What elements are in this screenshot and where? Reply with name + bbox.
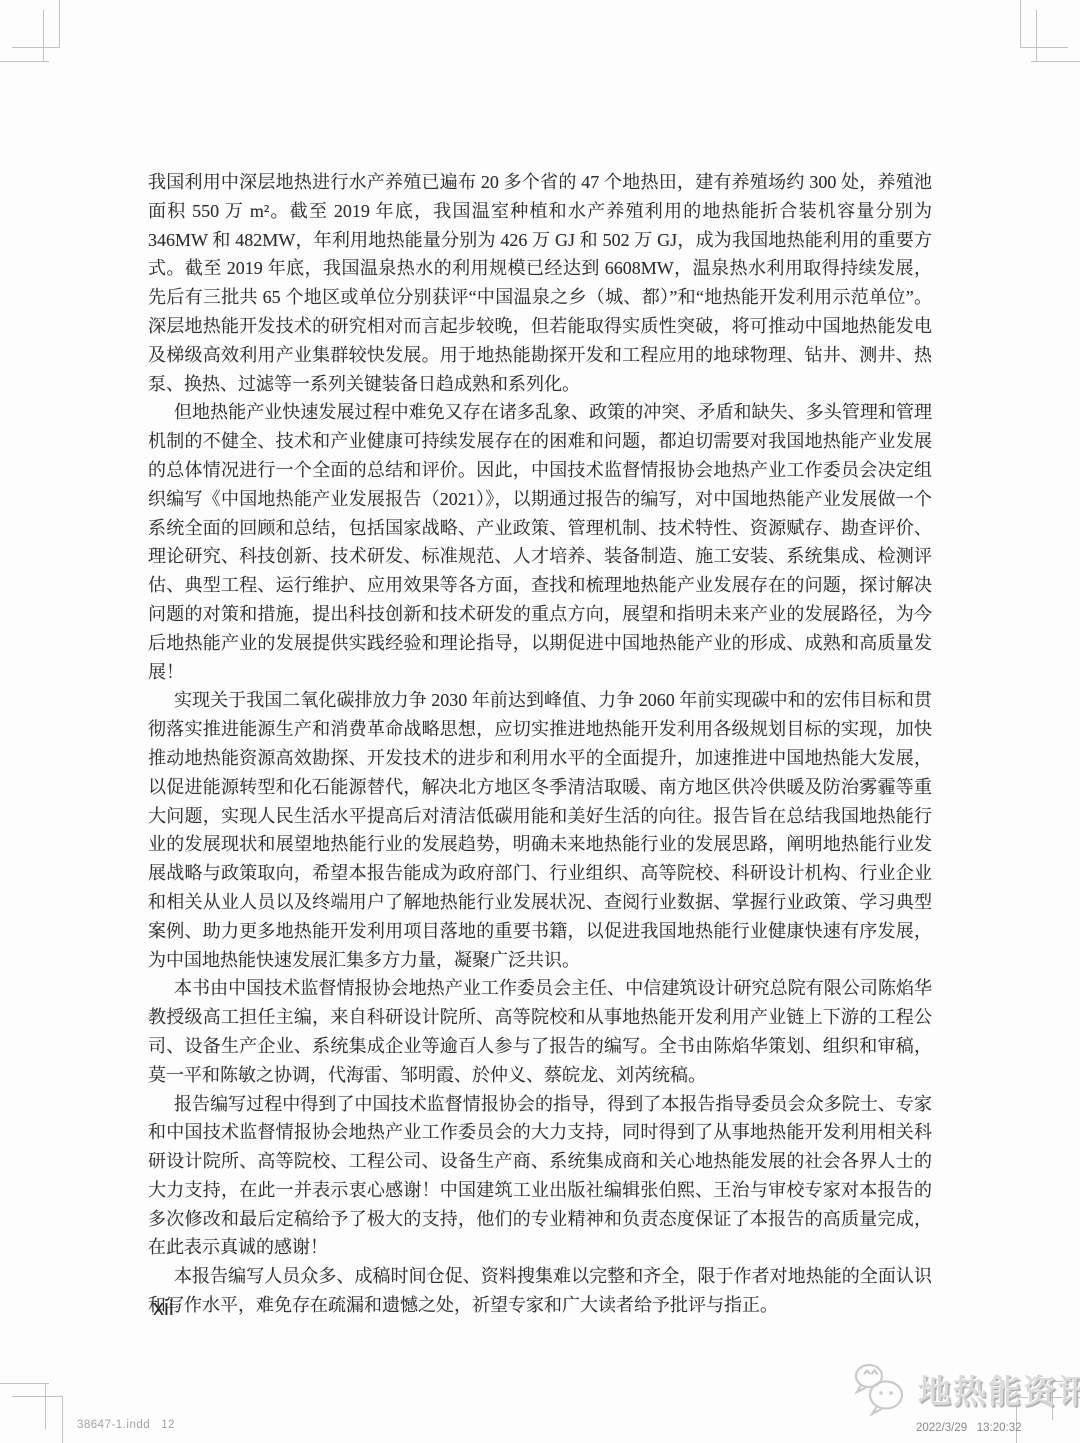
crop-mark <box>0 1383 49 1384</box>
crop-mark <box>1020 0 1021 48</box>
crop-mark <box>1020 47 1068 48</box>
chat-bubbles-icon <box>852 1362 910 1416</box>
crop-mark <box>12 47 60 48</box>
crop-mark <box>45 1383 46 1430</box>
wechat-watermark: 地热能资讯 <box>852 1362 1080 1416</box>
crop-mark <box>43 10 44 62</box>
paragraph: 我国利用中深层地热进行水产养殖已遍布 20 多个省的 47 个地热田，建有养殖场… <box>148 168 932 398</box>
paragraph: 但地热能产业快速发展过程中难免又存在诸多乱象、政策的冲突、矛盾和缺失、多头管理和… <box>148 398 932 686</box>
paragraph: 实现关于我国二氧化碳排放力争 2030 年前达到峰值、力争 2060 年前实现碳… <box>148 686 932 974</box>
crop-mark <box>1036 10 1037 62</box>
watermark-label: 地热能资讯 <box>918 1366 1080 1413</box>
crop-mark <box>1050 1381 1080 1382</box>
crop-mark <box>62 1396 63 1443</box>
print-timestamp: 2022/3/29 13:20:32 <box>916 1422 1022 1434</box>
crop-mark <box>59 0 60 48</box>
crop-mark <box>0 61 49 62</box>
crop-mark <box>1031 61 1080 62</box>
crop-mark <box>1016 1397 1080 1398</box>
print-filename: 38647-1.indd 12 <box>77 1419 175 1431</box>
crop-mark <box>1052 1378 1053 1420</box>
book-page: 我国利用中深层地热进行水产养殖已遍布 20 多个省的 47 个地热田，建有养殖场… <box>0 0 1080 1443</box>
paragraph: 本报告编写人员众多、成稿时间仓促、资料搜集难以完整和齐全，限于作者对地热能的全面… <box>148 1262 932 1320</box>
preface-text: 我国利用中深层地热进行水产养殖已遍布 20 多个省的 47 个地热田，建有养殖场… <box>148 168 932 1320</box>
paragraph: 本书由中国技术监督情报协会地热产业工作委员会主任、中信建筑设计研究总院有限公司陈… <box>148 974 932 1089</box>
crop-mark <box>12 1396 62 1397</box>
crop-mark <box>1016 1397 1017 1443</box>
page-number: xii <box>153 1295 174 1321</box>
paragraph: 报告编写过程中得到了中国技术监督情报协会的指导，得到了本报告指导委员会众多院士、… <box>148 1090 932 1263</box>
